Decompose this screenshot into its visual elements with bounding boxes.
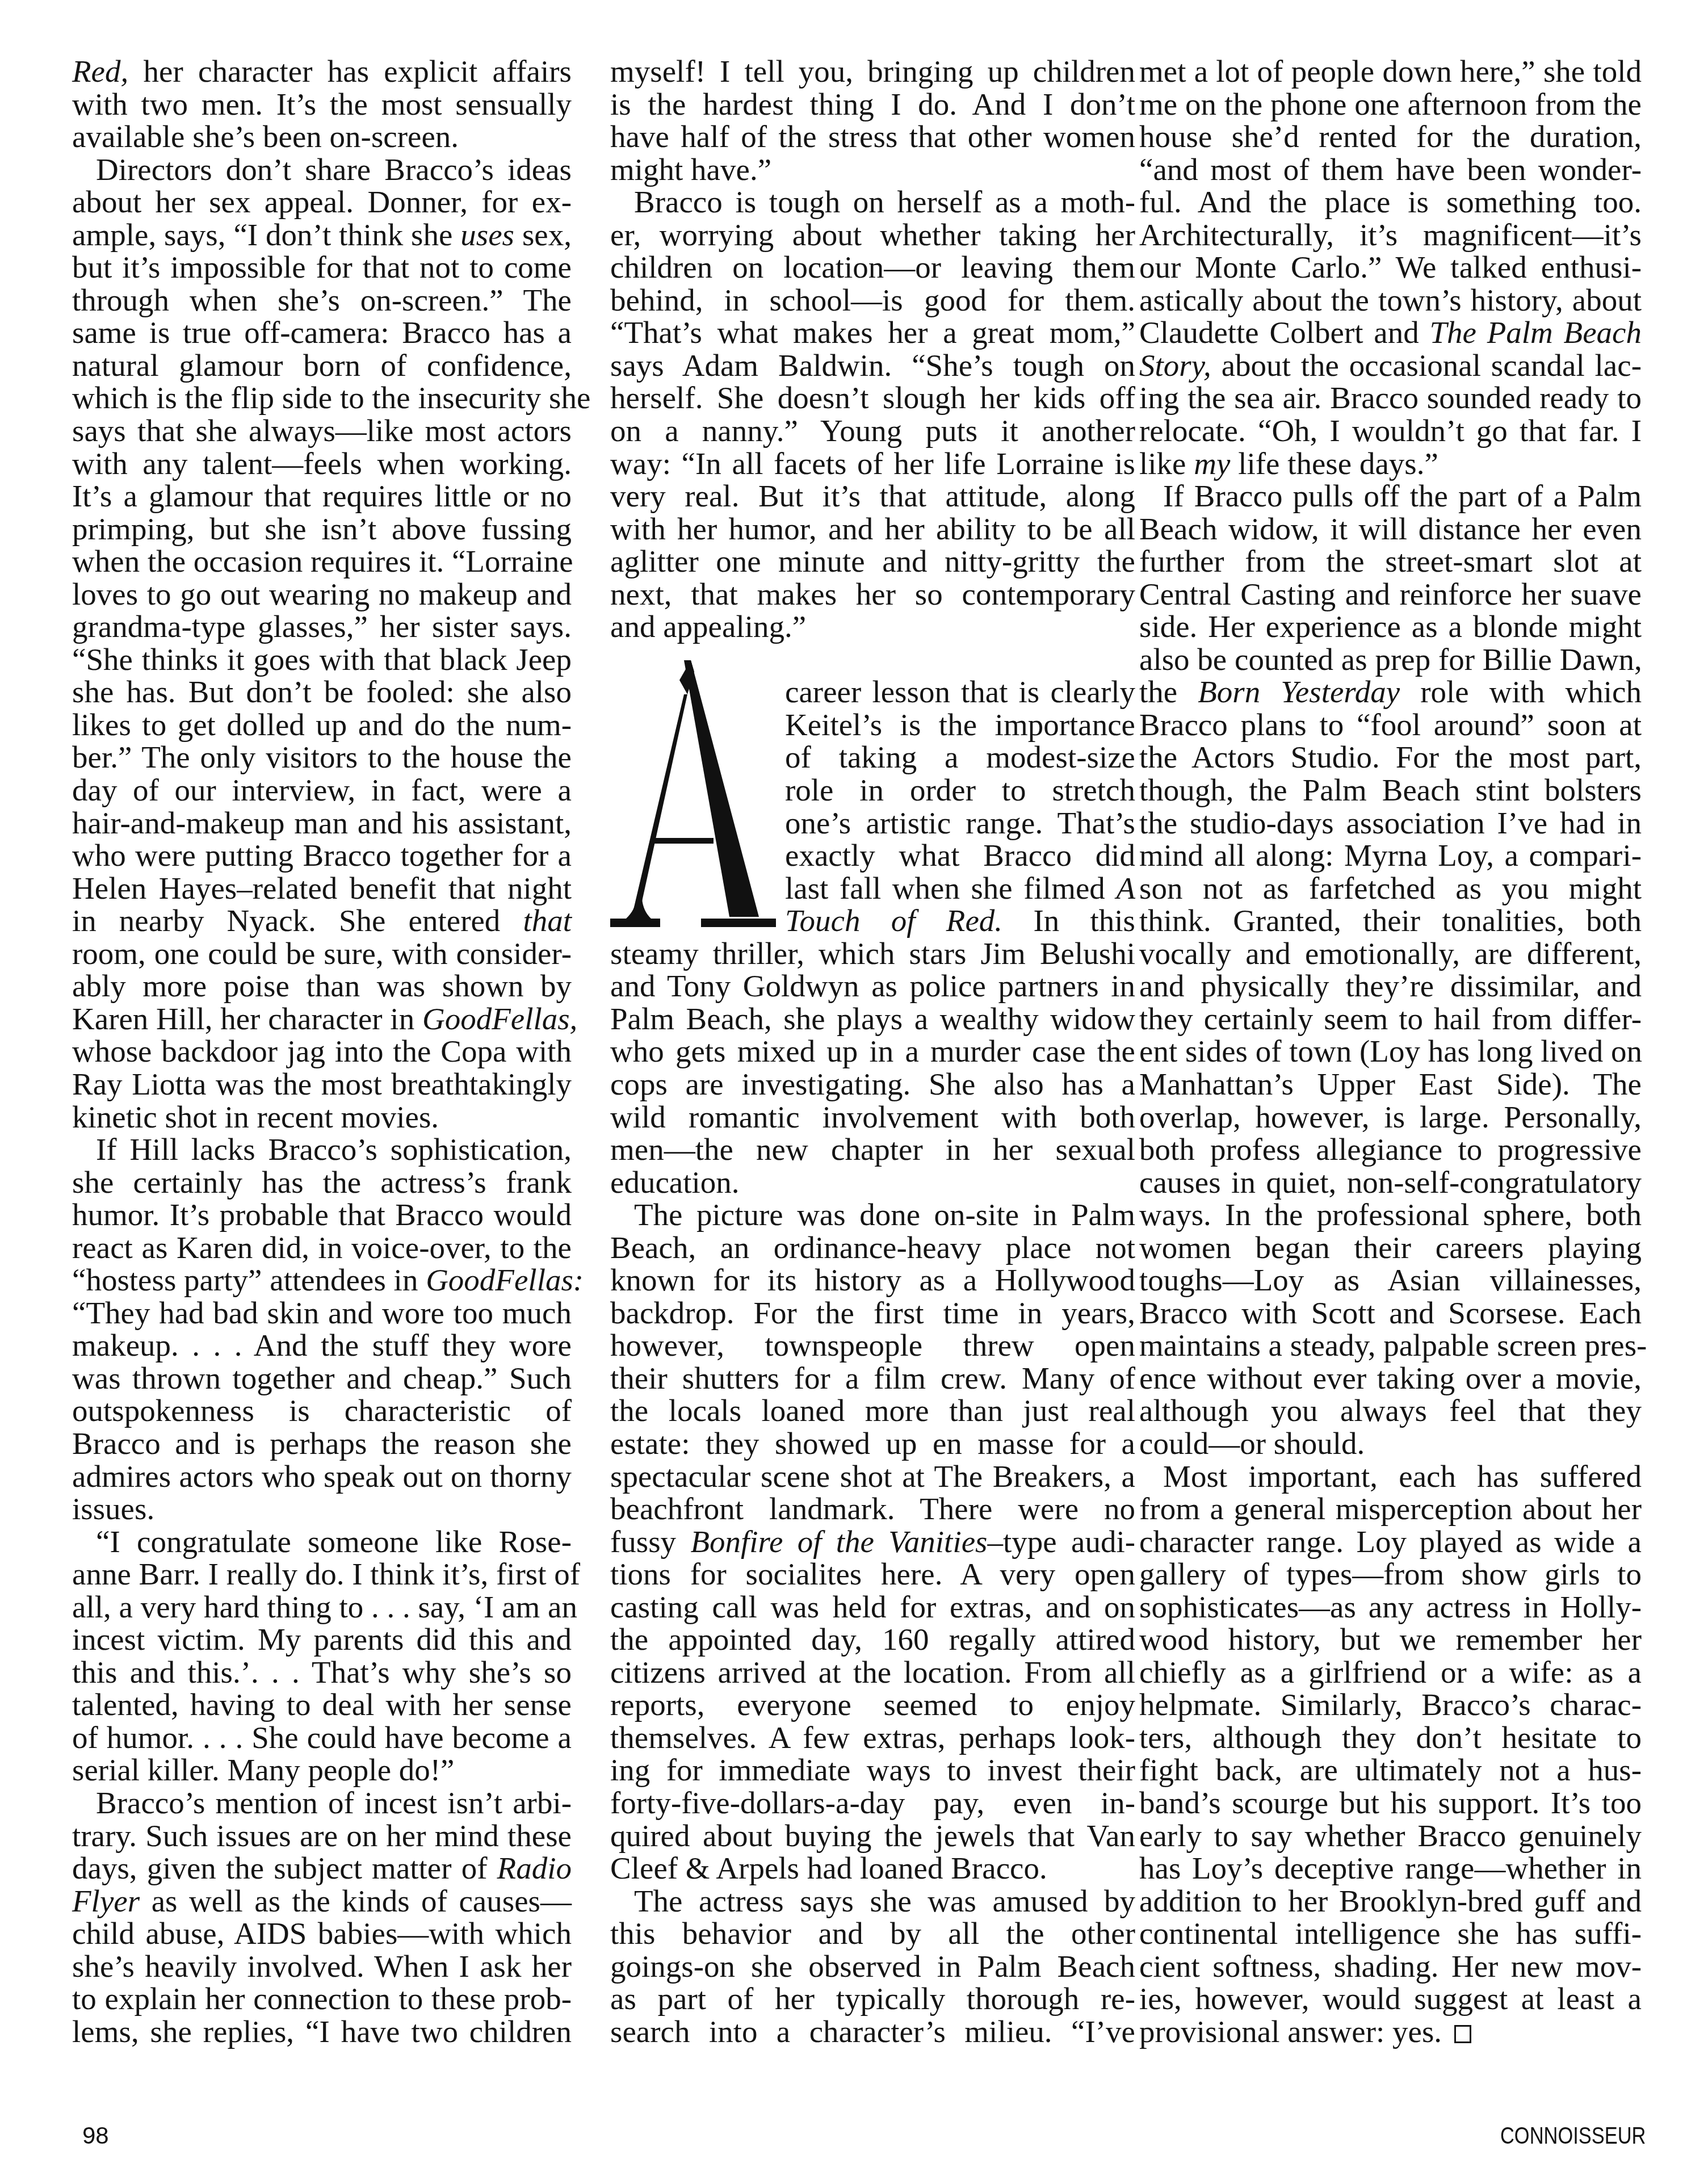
text-run: ters, although they don’t hesitate to (1139, 1720, 1642, 1755)
text-run: quired about buying the jewels that Van (610, 1818, 1135, 1853)
text-run: If Hill lacks Bracco’s sophistication, (96, 1132, 572, 1167)
text-line: provisional answer: yes. (1139, 2015, 1642, 2048)
text-run: herself. She doesn’t slough her kids off (610, 380, 1135, 415)
text-run: trary. Such issues are on her mind these (72, 1818, 572, 1853)
text-run: lems, she replies, “I have two children (72, 2014, 572, 2049)
text-line: Bracco with Scott and Scorsese. Each (1139, 1297, 1642, 1330)
italic-text: Radio (497, 1851, 572, 1885)
text-run: side. Her experience as a blonde might (1139, 609, 1642, 644)
text-run: met a lot of people down here,” she told (1139, 54, 1642, 89)
text-run: helpmate. Similarly, Bracco’s charac- (1139, 1687, 1642, 1722)
text-line: ways. In the professional sphere, both (1139, 1198, 1642, 1231)
text-line: anne Barr. I really do. I think it’s, fi… (72, 1558, 572, 1591)
text-line: addition to her Brooklyn-bred guff and (1139, 1885, 1642, 1918)
article-column-1: Red, her character has explicit affairsw… (72, 55, 572, 2048)
text-run: loves to go out wearing no makeup and (72, 577, 572, 611)
article-column-2: myself! I tell you, bringing up children… (610, 55, 1135, 2048)
text-line: very real. But it’s that attitude, along (610, 480, 1135, 513)
text-run: react as Karen did, in voice-over, to th… (72, 1230, 572, 1265)
text-run: was thrown together and cheap.” Such (72, 1361, 572, 1395)
text-run: goings-on she observed in Palm Beach (610, 1949, 1135, 1984)
text-line: further from the street-smart slot at (1139, 545, 1642, 578)
text-run: with any talent—feels when working. (72, 446, 572, 481)
text-line: have half of the stress that other women (610, 120, 1135, 153)
text-run: next, that makes her so contemporary (610, 577, 1135, 611)
text-run: the locals loaned more than just real (610, 1393, 1135, 1428)
text-line: admires actors who speak out on thorny (72, 1460, 572, 1493)
text-run: kinetic shot in recent movies. (72, 1100, 439, 1134)
text-run: the studio-days association I’ve had in (1139, 806, 1642, 840)
text-run: behind, in school—is good for them. (610, 283, 1135, 317)
text-run: steamy thriller, which stars Jim Belushi (610, 936, 1135, 971)
text-line: gallery of types—from show girls to (1139, 1558, 1642, 1591)
text-run: room, one could be sure, with consider- (72, 936, 572, 971)
text-run: who were putting Bracco together for a (72, 838, 572, 873)
article-column-3: met a lot of people down here,” she told… (1139, 55, 1642, 2048)
text-run: known for its history as a Hollywood (610, 1263, 1135, 1297)
text-run: search into a character’s milieu. “I’ve (610, 2014, 1135, 2049)
text-run: relocate. “Oh, I wouldn’t go that far. I (1139, 413, 1642, 448)
text-line: last fall when she filmed A (785, 872, 1135, 905)
text-run: Helen Hayes–related benefit that night (72, 871, 572, 905)
text-line: house she’d rented for the duration, (1139, 120, 1642, 153)
text-run: sophisticates—as any actress in Holly- (1139, 1590, 1642, 1624)
text-line: is the hardest thing I do. And I don’t (610, 88, 1135, 121)
text-line: loves to go out wearing no makeup and (72, 578, 572, 611)
text-run: ent sides of town (Loy has long lived on (1139, 1034, 1642, 1068)
text-line: Touch of Red. In this (785, 904, 1135, 937)
text-run: overlap, however, is large. Personally, (1139, 1100, 1642, 1134)
text-line: beachfront landmark. There were no (610, 1493, 1135, 1525)
text-run: likes to get dolled up and do the num- (72, 707, 572, 742)
text-line: one’s artistic range. That’s (785, 807, 1135, 840)
text-run: backdrop. For the first time in years, (610, 1296, 1135, 1330)
drop-cap-a-glyph-icon (610, 660, 776, 927)
text-line: “She thinks it goes with that black Jeep (72, 643, 572, 676)
text-line: reports, everyone seemed to enjoy (610, 1688, 1135, 1721)
text-run: Palm Beach, she plays a wealthy widow (610, 1001, 1135, 1036)
text-run: ber.” The only visitors to the house the (72, 740, 572, 774)
text-line: er, worrying about whether taking her (610, 219, 1135, 251)
text-line: goings-on she observed in Palm Beach (610, 1950, 1135, 1983)
text-line: Beach, an ordinance-heavy place not (610, 1231, 1135, 1264)
italic-text: GoodFellas: (426, 1263, 584, 1297)
text-line: character range. Loy played as wide a (1139, 1525, 1642, 1558)
text-run: spectacular scene shot at The Breakers, … (610, 1459, 1135, 1494)
text-run: child abuse, AIDS babies—with which (72, 1916, 572, 1951)
text-line: available she’s been on-screen. (72, 120, 572, 153)
text-run: she certainly has the actress’s frank (72, 1165, 572, 1200)
text-line: band’s scourge but his support. It’s too (1139, 1787, 1642, 1820)
text-run: might have.” (610, 152, 771, 187)
text-line: and physically they’re dissimilar, and (1139, 970, 1642, 1003)
text-line: citizens arrived at the location. From a… (610, 1656, 1135, 1689)
text-line: wild romantic involvement with both (610, 1101, 1135, 1134)
text-line: says Adam Baldwin. “She’s tough on (610, 349, 1135, 382)
text-line: Flyer as well as the kinds of causes— (72, 1885, 572, 1918)
text-run: she has. But don’t be fooled: she also (72, 674, 572, 709)
text-line: Karen Hill, her character in GoodFellas, (72, 1003, 572, 1035)
text-line: but it’s impossible for that not to come (72, 251, 572, 284)
text-run: but it’s impossible for that not to come (72, 250, 572, 284)
end-of-article-box-icon (1454, 2025, 1471, 2043)
text-run: the (1139, 674, 1198, 709)
text-line: continental intelligence she has suffi- (1139, 1917, 1642, 1950)
text-line: Most important, each has suffered (1139, 1460, 1642, 1493)
text-run: the Actors Studio. For the most part, (1139, 740, 1642, 774)
text-run: Most important, each has suffered (1163, 1459, 1642, 1494)
text-line: she’s heavily involved. When I ask her (72, 1950, 572, 1983)
text-run: men—the new chapter in her sexual (610, 1132, 1135, 1167)
text-line: and Tony Goldwyn as police partners in (610, 970, 1135, 1003)
text-run: beachfront landmark. There were no (610, 1491, 1135, 1526)
text-run: whose backdoor jag into the Copa with (72, 1034, 572, 1068)
text-run: as well as the kinds of causes— (140, 1884, 572, 1918)
text-run: ence without ever taking over a movie, (1139, 1361, 1642, 1395)
text-line: Palm Beach, she plays a wealthy widow (610, 1003, 1135, 1035)
text-line: they certainly seem to hail from differ- (1139, 1003, 1642, 1035)
text-line: Red, her character has explicit affairs (72, 55, 572, 88)
text-run: “She thinks it goes with that black Jeep (72, 642, 572, 677)
text-run: although you always feel that they (1139, 1393, 1642, 1428)
text-run: continental intelligence she has suffi- (1139, 1916, 1642, 1951)
text-line: forty-five-dollars-a-day pay, even in- (610, 1787, 1135, 1820)
text-run: natural glamour born of confidence, (72, 348, 572, 383)
italic-text: Bonfire of the Vanities (690, 1524, 987, 1559)
text-line: ters, although they don’t hesitate to (1139, 1721, 1642, 1754)
text-run: from a general misperception about her (1139, 1491, 1642, 1526)
text-line: Keitel’s is the importance (785, 708, 1135, 741)
text-run: vocally and emotionally, are different, (1139, 936, 1642, 971)
text-line: Helen Hayes–related benefit that night (72, 872, 572, 905)
text-run: Karen Hill, her character in (72, 1001, 422, 1036)
text-run: wood history, but we remember her (1139, 1622, 1642, 1657)
drop-cap-letter-a (610, 660, 776, 927)
italic-text: Red, (72, 54, 128, 89)
text-line: issues. (72, 1493, 572, 1525)
text-run: “I congratulate someone like Rose- (96, 1524, 572, 1559)
text-line: incest victim. My parents did this and (72, 1623, 572, 1656)
text-run: addition to her Brooklyn-bred guff and (1139, 1884, 1642, 1918)
text-line: with any talent—feels when working. (72, 447, 572, 480)
text-line: aglitter one minute and nitty-gritty the (610, 545, 1135, 578)
text-run: Manhattan’s Upper East Side). The (1139, 1067, 1642, 1101)
text-line: “hostess party” attendees in GoodFellas: (72, 1264, 572, 1297)
text-line: children on location—or leaving them (610, 251, 1135, 284)
text-line: Bracco is tough on herself as a moth- (610, 186, 1135, 219)
text-line: child abuse, AIDS babies—with which (72, 1917, 572, 1950)
text-line: of taking a modest-size (785, 741, 1135, 774)
text-run: days, given the subject matter of (72, 1851, 497, 1885)
text-run: have half of the stress that other women (610, 119, 1135, 154)
text-run: Keitel’s is the importance (785, 707, 1135, 742)
text-run: this behavior and by all the other (610, 1916, 1135, 1951)
text-run: fight back, are ultimately not a hus- (1139, 1753, 1642, 1787)
text-line: ing the sea air. Bracco sounded ready to (1139, 381, 1642, 414)
text-line: ence without ever taking over a movie, (1139, 1362, 1642, 1395)
text-run: her character has explicit affairs (128, 54, 572, 89)
text-run: issues. (72, 1491, 154, 1526)
text-line: fight back, are ultimately not a hus- (1139, 1754, 1642, 1787)
text-run: children on location—or leaving them (610, 250, 1135, 284)
text-run: our Monte Carlo.” We talked enthusi- (1139, 250, 1642, 284)
text-run: “and most of them have been wonder- (1139, 152, 1642, 187)
text-run: maintains a steady, palpable screen pres… (1139, 1328, 1647, 1362)
text-run: fussy (610, 1524, 690, 1559)
text-line: humor. It’s probable that Bracco would (72, 1198, 572, 1231)
text-line: “They had bad skin and wore too much (72, 1297, 572, 1330)
text-line: son not as farfetched as you might (1139, 872, 1642, 905)
italic-text: that (523, 903, 572, 938)
text-run: and Tony Goldwyn as police partners in (610, 969, 1135, 1003)
italic-text: GoodFellas, (422, 1001, 577, 1036)
text-line: early to say whether Bracco genuinely (1139, 1820, 1642, 1852)
text-run: ing for immediate ways to invest their (610, 1753, 1135, 1787)
text-line: sophisticates—as any actress in Holly- (1139, 1591, 1642, 1624)
text-run: one’s artistic range. That’s (785, 806, 1135, 840)
text-run: mind all along: Myrna Loy, a compari- (1139, 838, 1642, 873)
text-line: tions for socialites here. A very open (610, 1558, 1135, 1591)
text-line: though, the Palm Beach stint bolsters (1139, 774, 1642, 807)
text-run: Bracco plans to “fool around” soon at (1139, 707, 1642, 742)
text-line: search into a character’s milieu. “I’ve (610, 2015, 1135, 2048)
text-line: me on the phone one afternoon from the (1139, 88, 1642, 121)
text-line: react as Karen did, in voice-over, to th… (72, 1231, 572, 1264)
text-line: quired about buying the jewels that Van (610, 1820, 1135, 1852)
text-line: career lesson that is clearly (785, 676, 1135, 708)
text-run: of humor. . . . She could have become a (72, 1720, 572, 1755)
text-line: their shutters for a film crew. Many of (610, 1362, 1135, 1395)
text-run: role with which (1400, 674, 1642, 709)
text-line: helpmate. Similarly, Bracco’s charac- (1139, 1688, 1642, 1721)
text-line: through when she’s on-screen.” The (72, 284, 572, 317)
text-line: vocally and emotionally, are different, (1139, 937, 1642, 970)
text-run: myself! I tell you, bringing up children (610, 54, 1135, 89)
text-line: makeup. . . . And the stuff they wore (72, 1329, 572, 1362)
text-run: aglitter one minute and nitty-gritty the (610, 544, 1135, 578)
text-line: natural glamour born of confidence, (72, 349, 572, 382)
text-line: ful. And the place is something too. (1139, 186, 1642, 219)
text-run: with her humor, and her ability to be al… (610, 512, 1135, 546)
text-run: reports, everyone seemed to enjoy (610, 1687, 1135, 1722)
text-run: talented, having to deal with her sense (72, 1687, 572, 1722)
text-line: although you always feel that they (1139, 1394, 1642, 1427)
text-line: “and most of them have been wonder- (1139, 153, 1642, 186)
text-line: outspokenness is characteristic of (72, 1394, 572, 1427)
text-run: estate: they showed up en masse for a (610, 1426, 1135, 1461)
text-line: lems, she replies, “I have two children (72, 2015, 572, 2048)
text-run: Beach widow, it will distance her even (1139, 512, 1642, 546)
text-run: day of our interview, in fact, were a (72, 773, 572, 807)
text-run: their shutters for a film crew. Many of (610, 1361, 1135, 1395)
text-run: –type audi- (987, 1524, 1135, 1559)
text-line: met a lot of people down here,” she told (1139, 55, 1642, 88)
text-run: same is true off-camera: Bracco has a (72, 315, 572, 350)
text-line: cops are investigating. She also has a (610, 1068, 1135, 1101)
text-line: education. (610, 1166, 1135, 1199)
text-run: “hostess party” attendees in (72, 1263, 426, 1297)
text-run: Bracco is tough on herself as a moth- (634, 185, 1135, 219)
text-run: she’s heavily involved. When I ask her (72, 1949, 572, 1984)
text-run: could—or should. (1139, 1426, 1365, 1461)
text-run: wild romantic involvement with both (610, 1100, 1135, 1134)
text-run: ways. In the professional sphere, both (1139, 1197, 1642, 1232)
italic-text: Touch of Red. (785, 903, 1002, 938)
text-run: “They had bad skin and wore too much (72, 1296, 572, 1330)
text-run: me on the phone one afternoon from the (1139, 87, 1642, 121)
text-line: known for its history as a Hollywood (610, 1264, 1135, 1297)
text-line: Story, about the occasional scandal lac- (1139, 349, 1642, 382)
text-line: way: “In all facets of her life Lorraine… (610, 447, 1135, 480)
text-line: exactly what Bracco did (785, 839, 1135, 872)
text-run: role in order to stretch (785, 773, 1135, 807)
text-line: hair-and-makeup man and his assistant, (72, 807, 572, 840)
text-run: though, the Palm Beach stint bolsters (1139, 773, 1642, 807)
text-line: our Monte Carlo.” We talked enthusi- (1139, 251, 1642, 284)
text-line: Bracco plans to “fool around” soon at (1139, 708, 1642, 741)
text-line: mind all along: Myrna Loy, a compari- (1139, 839, 1642, 872)
text-line: was thrown together and cheap.” Such (72, 1362, 572, 1395)
text-run: ably more poise than was shown by (72, 969, 572, 1003)
text-run: also be counted as prep for Billie Dawn, (1139, 642, 1642, 677)
text-run: which is the flip side to the insecurity… (72, 380, 590, 415)
text-line: all, a very hard thing to . . . say, ‘I … (72, 1591, 572, 1624)
text-line: herself. She doesn’t slough her kids off (610, 381, 1135, 414)
text-line: Cleef & Arpels had loaned Bracco. (610, 1852, 1135, 1885)
text-line: both profess allegiance to progressive (1139, 1133, 1642, 1166)
text-line: If Bracco pulls off the part of a Palm (1139, 480, 1642, 513)
text-line: maintains a steady, palpable screen pres… (1139, 1329, 1642, 1362)
text-line: Beach widow, it will distance her even (1139, 513, 1642, 546)
text-line: “I congratulate someone like Rose- (72, 1525, 572, 1558)
publication-name: CONNOISSEUR (1500, 2122, 1646, 2149)
text-line: has Loy’s deceptive range—whether in (1139, 1852, 1642, 1885)
text-line: steamy thriller, which stars Jim Belushi (610, 937, 1135, 970)
text-line: as part of her typically thorough re- (610, 1982, 1135, 2015)
text-run: Central Casting and reinforce her suave (1139, 577, 1642, 611)
text-run: says Adam Baldwin. “She’s tough on (610, 348, 1135, 383)
text-run: very real. But it’s that attitude, along (610, 479, 1135, 513)
text-line: The actress says she was amused by (610, 1885, 1135, 1918)
text-line: ably more poise than was shown by (72, 970, 572, 1003)
text-line: The picture was done on-site in Palm (610, 1198, 1135, 1231)
text-line: Ray Liotta was the most breathtakingly (72, 1068, 572, 1101)
text-line: this and this.’. . . That’s why she’s so (72, 1656, 572, 1689)
text-line: themselves. A few extras, perhaps look- (610, 1721, 1135, 1754)
text-run: makeup. . . . And the stuff they wore (72, 1328, 572, 1362)
text-line: It’s a glamour that requires little or n… (72, 480, 572, 513)
text-run: primping, but she isn’t above fussing (72, 512, 572, 546)
text-line: could—or should. (1139, 1427, 1642, 1460)
text-line: causes in quiet, non-self-congratulatory (1139, 1166, 1642, 1199)
text-line: astically about the town’s history, abou… (1139, 284, 1642, 317)
text-run: has Loy’s deceptive range—whether in (1139, 1851, 1642, 1885)
text-line: casting call was held for extras, and on (610, 1591, 1135, 1624)
text-run: tions for socialites here. A very open (610, 1557, 1135, 1591)
text-run: education. (610, 1165, 740, 1200)
text-line: the Born Yesterday role with which (1139, 676, 1642, 708)
text-line: toughs—Loy as Asian villainesses, (1139, 1264, 1642, 1297)
text-run: life these days.” (1230, 446, 1438, 481)
text-run: Directors don’t share Bracco’s ideas (96, 152, 572, 187)
text-run: exactly what Bracco did (785, 838, 1135, 873)
text-line: likes to get dolled up and do the num- (72, 708, 572, 741)
text-run: says that she always—like most actors (72, 413, 572, 448)
text-run: character range. Loy played as wide a (1139, 1524, 1642, 1559)
text-run: when the occasion requires it. “Lorraine (72, 544, 573, 578)
text-run: to explain her connection to these prob- (72, 1981, 572, 2016)
text-run: think. Granted, their tonalities, both (1139, 903, 1642, 938)
text-run: citizens arrived at the location. From a… (610, 1655, 1135, 1689)
italic-text: uses (460, 217, 514, 252)
text-run: who gets mixed up in a murder case the (610, 1034, 1135, 1068)
text-run: cient softness, shading. Her new mov- (1139, 1949, 1642, 1984)
text-run: ample, says, “I don’t think she (72, 217, 460, 252)
text-line: from a general misperception about her (1139, 1493, 1642, 1525)
text-run: all, a very hard thing to . . . say, ‘I … (72, 1590, 577, 1624)
text-line: estate: they showed up en masse for a (610, 1427, 1135, 1460)
text-run: humor. It’s probable that Bracco would (72, 1197, 572, 1232)
text-line: Claudette Colbert and The Palm Beach (1139, 316, 1642, 349)
text-line: day of our interview, in fact, were a (72, 774, 572, 807)
text-line: ample, says, “I don’t think she uses sex… (72, 219, 572, 251)
text-line: with two men. It’s the most sensually (72, 88, 572, 121)
text-run: hair-and-makeup man and his assistant, (72, 806, 572, 840)
text-line: relocate. “Oh, I wouldn’t go that far. I (1139, 414, 1642, 447)
text-run: causes in quiet, non-self-congratulatory (1139, 1165, 1642, 1200)
text-run: Beach, an ordinance-heavy place not (610, 1230, 1135, 1265)
text-run: “That’s what makes her a great mom,” (610, 315, 1135, 350)
text-run: The actress says she was amused by (634, 1884, 1135, 1918)
text-run: the appointed day, 160 regally attired (610, 1622, 1135, 1657)
text-line: men—the new chapter in her sexual (610, 1133, 1135, 1166)
text-run: son not as farfetched as you might (1139, 871, 1642, 905)
text-line: women began their careers playing (1139, 1231, 1642, 1264)
text-run: astically about the town’s history, abou… (1139, 283, 1642, 317)
text-run: band’s scourge but his support. It’s too (1139, 1785, 1642, 1820)
text-line: Bracco and is perhaps the reason she (72, 1427, 572, 1460)
text-line: whose backdoor jag into the Copa with (72, 1035, 572, 1068)
text-line: serial killer. Many people do!” (72, 1754, 572, 1787)
text-line: ing for immediate ways to invest their (610, 1754, 1135, 1787)
text-run: Bracco with Scott and Scorsese. Each (1139, 1296, 1642, 1330)
text-line: when the occasion requires it. “Lorraine (72, 545, 572, 578)
text-run: gallery of types—from show girls to (1139, 1557, 1642, 1591)
text-run: career lesson that is clearly (785, 674, 1135, 709)
text-line: overlap, however, is large. Personally, (1139, 1101, 1642, 1134)
text-line: the appointed day, 160 regally attired (610, 1623, 1135, 1656)
text-run: this and this.’. . . That’s why she’s so (72, 1655, 572, 1689)
text-line: she has. But don’t be fooled: she also (72, 676, 572, 708)
text-run: admires actors who speak out on thorny (72, 1459, 572, 1494)
text-line: Directors don’t share Bracco’s ideas (72, 153, 572, 186)
text-run: It’s a glamour that requires little or n… (72, 479, 572, 513)
text-line: Bracco’s mention of incest isn’t arbi- (72, 1787, 572, 1820)
text-line: fussy Bonfire of the Vanities–type audi- (610, 1525, 1135, 1558)
text-line: If Hill lacks Bracco’s sophistication, (72, 1133, 572, 1166)
text-run: with two men. It’s the most sensually (72, 87, 572, 121)
text-line: she certainly has the actress’s frank (72, 1166, 572, 1199)
text-line: the studio-days association I’ve had in (1139, 807, 1642, 840)
text-run: grandma-type glasses,” her sister says. (72, 609, 572, 644)
text-run: The picture was done on-site in Palm (634, 1197, 1135, 1232)
text-run: cops are investigating. She also has a (610, 1067, 1135, 1101)
text-run: Cleef & Arpels had loaned Bracco. (610, 1851, 1047, 1885)
text-run: Ray Liotta was the most breathtakingly (72, 1067, 572, 1101)
text-line: who gets mixed up in a murder case the (610, 1035, 1135, 1068)
text-line: who were putting Bracco together for a (72, 839, 572, 872)
text-run: sex, (514, 217, 572, 252)
